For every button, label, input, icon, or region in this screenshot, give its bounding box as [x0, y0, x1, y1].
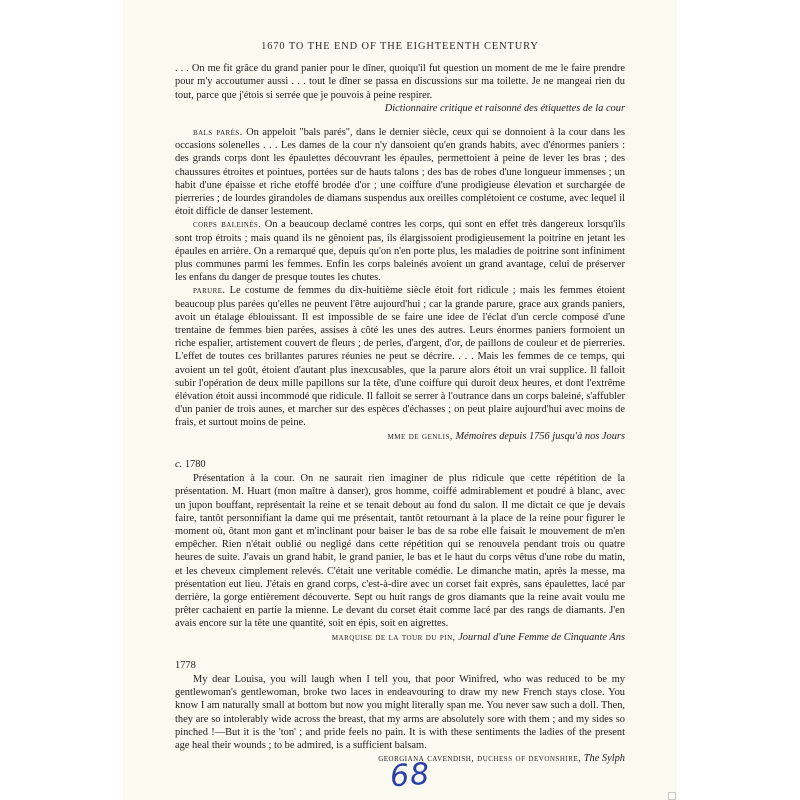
excerpt-text: Présentation à la cour. On ne saurait ri… — [175, 472, 625, 630]
attribution: mme de genlis, Mémoires depuis 1756 jusq… — [175, 430, 625, 443]
attribution-author: marquise de la tour du pin, — [332, 632, 456, 643]
excerpt-date: 1778 — [175, 659, 625, 672]
excerpt-tour-du-pin: c. 1780 Présentation à la cour. On ne sa… — [175, 458, 625, 644]
book-page: 1670 TO THE END OF THE EIGHTEENTH CENTUR… — [123, 0, 677, 800]
entry-label: bals parés. — [193, 127, 243, 138]
running-head: 1670 TO THE END OF THE EIGHTEENTH CENTUR… — [175, 40, 625, 53]
date-circa: c. — [175, 459, 182, 470]
date-year: 1780 — [185, 459, 206, 470]
entry-corps-baleines: corps baleinés. On a beaucoup declamé co… — [175, 218, 625, 284]
entry-text: On appeloit "bals parés", dans le dernie… — [175, 127, 625, 217]
excerpt-date: c. 1780 — [175, 458, 625, 471]
page-content: 1670 TO THE END OF THE EIGHTEENTH CENTUR… — [175, 40, 625, 765]
scan-corner-mark — [668, 792, 676, 800]
excerpt-genlis: bals parés. On appeloit "bals parés", da… — [175, 126, 625, 443]
handwritten-page-number: 68 — [389, 757, 432, 795]
excerpt-source: Dictionnaire critique et raisonné des ét… — [175, 102, 625, 115]
excerpt-text: . . . On me fit grâce du grand panier po… — [175, 62, 625, 102]
entry-label: corps baleinés. — [193, 219, 261, 230]
entry-text: Le costume de femmes du dix-huitième siè… — [175, 285, 625, 428]
entry-bals-pares: bals parés. On appeloit "bals parés", da… — [175, 126, 625, 218]
excerpt-text: My dear Louisa, you will laugh when I te… — [175, 673, 625, 752]
entry-label: parure. — [193, 285, 225, 296]
attribution: marquise de la tour du pin, Journal d'un… — [175, 631, 625, 644]
attribution-work: Mémoires depuis 1756 jusqu'à nos Jours — [455, 431, 625, 442]
attribution-author: mme de genlis, — [388, 431, 453, 442]
attribution-work: The Sylph — [584, 753, 625, 764]
entry-parure: parure. Le costume de femmes du dix-huit… — [175, 284, 625, 429]
attribution-work: Journal d'une Femme de Cinquante Ans — [458, 632, 625, 643]
excerpt-dictionnaire: . . . On me fit grâce du grand panier po… — [175, 62, 625, 115]
excerpt-cavendish: 1778 My dear Louisa, you will laugh when… — [175, 659, 625, 766]
